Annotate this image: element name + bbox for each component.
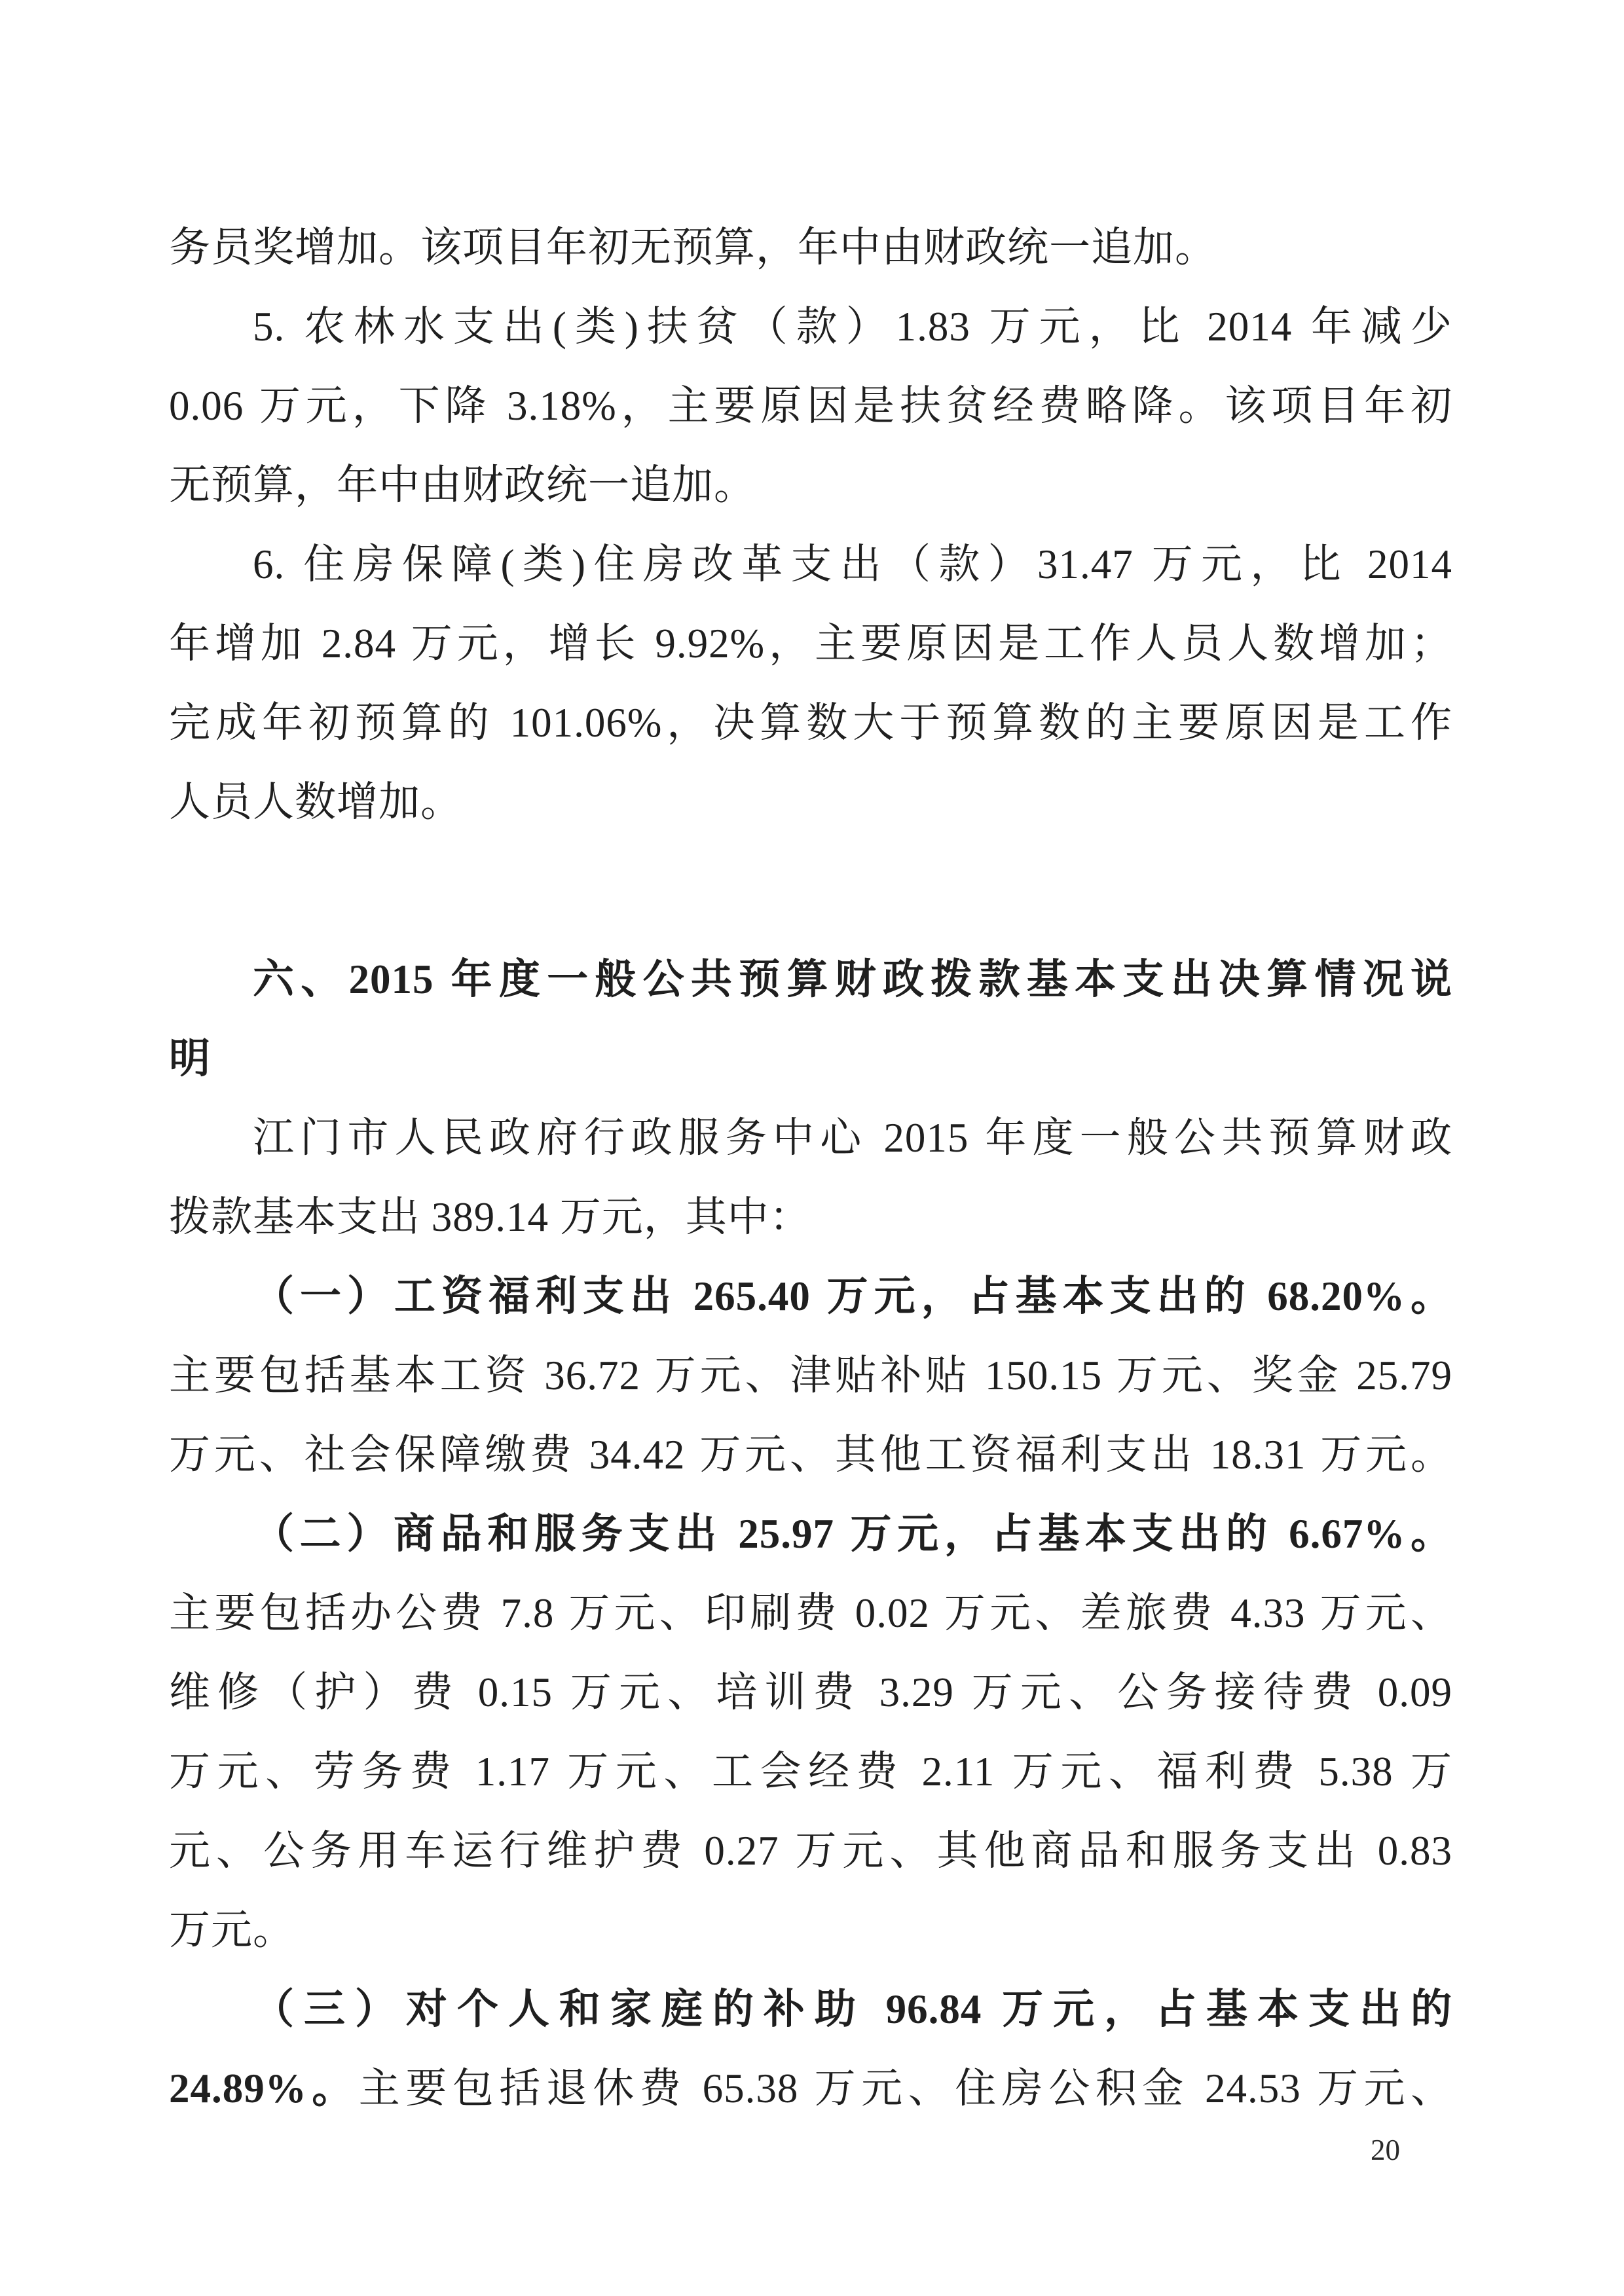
text-segment: 人员人数增加。 — [169, 779, 462, 825]
text-segment: 六、2015 年度一般公共预算财政拨款基本支出决算情况说 — [253, 957, 1452, 1002]
heading-line: 六、2015 年度一般公共预算财政拨款基本支出决算情况说 — [169, 940, 1452, 1019]
text-segment: 主要包括基本工资 36.72 万元、津贴补贴 150.15 万元、奖金 25.7… — [169, 1353, 1452, 1398]
heading-line: 明 — [169, 1019, 1452, 1099]
text-line: 万元、社会保障缴费 34.42 万元、其他工资福利支出 18.31 万元。 — [169, 1415, 1452, 1495]
text-line: 年增加 2.84 万元，增长 9.92%，主要原因是工作人员人数增加； — [169, 604, 1452, 683]
text-segment: 拨款基本支出 389.14 万元，其中： — [169, 1194, 811, 1240]
heading-line: （一）工资福利支出 265.40 万元，占基本支出的 68.20%。 — [169, 1257, 1452, 1336]
text-segment: 万元、劳务费 1.17 万元、工会经费 2.11 万元、福利费 5.38 万 — [169, 1749, 1452, 1795]
text-line: 务员奖增加。该项目年初无预算，年中由财政统一追加。 — [169, 208, 1452, 287]
text-segment: 无预算，年中由财政统一追加。 — [169, 462, 756, 508]
text-segment: （二）商品和服务支出 25.97 万元，占基本支出的 6.67%。 — [253, 1511, 1452, 1557]
text-line: 0.06 万元，下降 3.18%，主要原因是扶贫经费略降。该项目年初 — [169, 367, 1452, 446]
text-line: 万元。 — [169, 1891, 1452, 1970]
text-line: 完成年初预算的 101.06%，决算数大于预算数的主要原因是工作 — [169, 683, 1452, 763]
text-line: 人员人数增加。 — [169, 763, 1452, 842]
text-line: 江门市人民政府行政服务中心 2015 年度一般公共预算财政 — [169, 1099, 1452, 1178]
text-line: 万元、劳务费 1.17 万元、工会经费 2.11 万元、福利费 5.38 万 — [169, 1732, 1452, 1812]
text-line: 主要包括办公费 7.8 万元、印刷费 0.02 万元、差旅费 4.33 万元、 — [169, 1574, 1452, 1653]
heading-line: （三）对个人和家庭的补助 96.84 万元，占基本支出的 — [169, 1970, 1452, 2049]
text-segment: 24.89%。 — [169, 2066, 359, 2111]
text-segment: 明 — [169, 1036, 211, 1082]
text-segment: 完成年初预算的 101.06%，决算数大于预算数的主要原因是工作 — [169, 700, 1452, 746]
text-segment: 元、公务用车运行维护费 0.27 万元、其他商品和服务支出 0.83 — [169, 1828, 1452, 1874]
text-segment: 主要包括办公费 7.8 万元、印刷费 0.02 万元、差旅费 4.33 万元、 — [169, 1590, 1452, 1636]
text-segment: 0.06 万元，下降 3.18%，主要原因是扶贫经费略降。该项目年初 — [169, 383, 1452, 429]
text-line: 无预算，年中由财政统一追加。 — [169, 446, 1452, 525]
text-segment: 务员奖增加。该项目年初无预算，年中由财政统一追加。 — [169, 225, 1217, 270]
text-segment: 维修（护）费 0.15 万元、培训费 3.29 万元、公务接待费 0.09 — [169, 1669, 1452, 1715]
text-line: 维修（护）费 0.15 万元、培训费 3.29 万元、公务接待费 0.09 — [169, 1653, 1452, 1732]
document-body: 务员奖增加。该项目年初无预算，年中由财政统一追加。5. 农林水支出(类)扶贫（款… — [0, 0, 1624, 2128]
document-page: 务员奖增加。该项目年初无预算，年中由财政统一追加。5. 农林水支出(类)扶贫（款… — [0, 0, 1624, 2296]
text-segment: 万元、社会保障缴费 34.42 万元、其他工资福利支出 18.31 万元。 — [169, 1432, 1452, 1478]
text-segment: 5. 农林水支出(类)扶贫（款）1.83 万元，比 2014 年减少 — [253, 304, 1452, 350]
text-segment: 年增加 2.84 万元，增长 9.92%，主要原因是工作人员人数增加； — [169, 621, 1452, 666]
text-line: 主要包括基本工资 36.72 万元、津贴补贴 150.15 万元、奖金 25.7… — [169, 1336, 1452, 1415]
page-number: 20 — [1371, 2133, 1400, 2167]
text-segment: 万元。 — [169, 1907, 295, 1953]
heading-line: （二）商品和服务支出 25.97 万元，占基本支出的 6.67%。 — [169, 1495, 1452, 1574]
text-segment: 主要包括退休费 65.38 万元、住房公积金 24.53 万元、 — [359, 2066, 1452, 2111]
text-segment: （一）工资福利支出 265.40 万元，占基本支出的 68.20%。 — [253, 1273, 1452, 1319]
text-line: 元、公务用车运行维护费 0.27 万元、其他商品和服务支出 0.83 — [169, 1812, 1452, 1891]
text-line: 5. 农林水支出(类)扶贫（款）1.83 万元，比 2014 年减少 — [169, 287, 1452, 367]
text-segment: 6. 住房保障(类)住房改革支出（款）31.47 万元，比 2014 — [253, 541, 1452, 587]
text-line: 6. 住房保障(类)住房改革支出（款）31.47 万元，比 2014 — [169, 525, 1452, 604]
text-line: 拨款基本支出 389.14 万元，其中： — [169, 1178, 1452, 1257]
text-segment: 江门市人民政府行政服务中心 2015 年度一般公共预算财政 — [253, 1115, 1452, 1161]
text-segment: （三）对个人和家庭的补助 96.84 万元，占基本支出的 — [253, 1986, 1452, 2032]
text-line: 24.89%。主要包括退休费 65.38 万元、住房公积金 24.53 万元、 — [169, 2049, 1452, 2128]
